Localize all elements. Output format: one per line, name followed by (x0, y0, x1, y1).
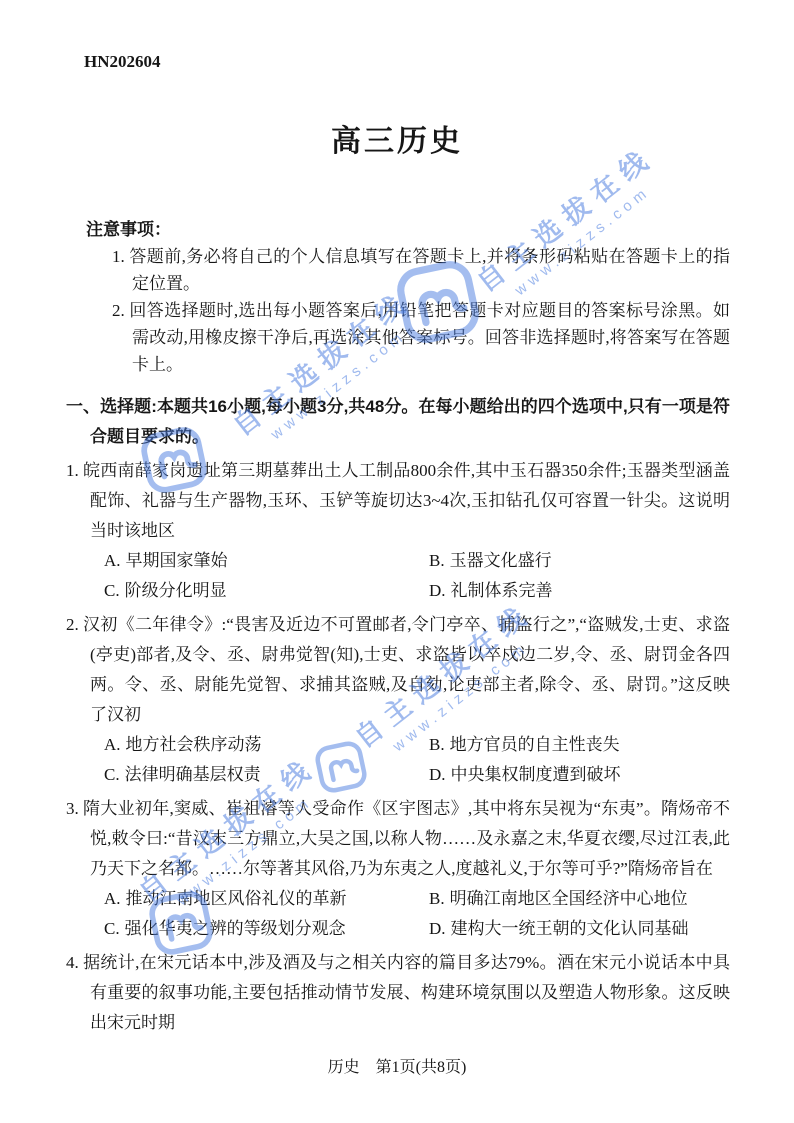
option-text: 建构大一统王朝的文化认同基础 (451, 919, 689, 938)
option-group: A.早期国家肇始 B.玉器文化盛行 C.阶级分化明显 D.礼制体系完善 (66, 546, 730, 606)
question-number: 4. (66, 953, 79, 972)
option-text: 玉器文化盛行 (450, 551, 552, 570)
option-d: D.建构大一统王朝的文化认同基础 (429, 914, 730, 944)
option-c: C.强化华夷之辨的等级划分观念 (104, 914, 429, 944)
option-a: A.地方社会秩序动荡 (104, 730, 429, 760)
question-stem: 1.皖西南薛家岗遗址第三期墓葬出土人工制品800余件,其中玉石器350余件;玉器… (66, 456, 730, 546)
question-text: 汉初《二年律令》:“畏害及近边不可置邮者,令门亭卒、捕盗行之”,“盗贼发,士吏、… (83, 615, 730, 724)
option-text: 地方社会秩序动荡 (126, 735, 262, 754)
option-label: A. (104, 889, 121, 908)
notice-section: 注意事项： 1. 答题前,务必将自己的个人信息填写在答题卡上,并将条形码粘贴在答… (86, 216, 730, 378)
option-text: 法律明确基层权责 (125, 765, 261, 784)
section-heading: 一、选择题:本题共16小题,每小题3分,共48分。在每小题给出的四个选项中,只有… (66, 392, 730, 452)
question-stem: 3.隋大业初年,窦威、崔祖濬等人受命作《区宇图志》,其中将东吴视为“东夷”。隋炀… (66, 794, 730, 884)
option-b: B.玉器文化盛行 (429, 546, 730, 576)
option-text: 中央集权制度遭到破坏 (451, 765, 621, 784)
option-label: B. (429, 551, 445, 570)
option-text: 强化华夷之辨的等级划分观念 (125, 919, 346, 938)
question-number: 1. (66, 461, 79, 480)
question-3: 3.隋大业初年,窦威、崔祖濬等人受命作《区宇图志》,其中将东吴视为“东夷”。隋炀… (66, 794, 730, 944)
option-text: 明确江南地区全国经济中心地位 (450, 889, 688, 908)
option-group: A.推动江南地区风俗礼仪的革新 B.明确江南地区全国经济中心地位 C.强化华夷之… (66, 884, 730, 944)
question-text: 据统计,在宋元话本中,涉及酒及与之相关内容的篇目多达79%。酒在宋元小说话本中具… (83, 953, 730, 1032)
question-text: 隋大业初年,窦威、崔祖濬等人受命作《区宇图志》,其中将东吴视为“东夷”。隋炀帝不… (83, 799, 730, 878)
option-b: B.地方官员的自主性丧失 (429, 730, 730, 760)
option-d: D.中央集权制度遭到破坏 (429, 760, 730, 790)
option-a: A.早期国家肇始 (104, 546, 429, 576)
option-text: 地方官员的自主性丧失 (450, 735, 620, 754)
option-label: B. (429, 735, 445, 754)
option-c: C.法律明确基层权责 (104, 760, 429, 790)
notice-item: 1. 答题前,务必将自己的个人信息填写在答题卡上,并将条形码粘贴在答题卡上的指定… (86, 243, 730, 297)
option-label: C. (104, 919, 120, 938)
option-label: C. (104, 765, 120, 784)
option-label: A. (104, 551, 121, 570)
option-c: C.阶级分化明显 (104, 576, 429, 606)
option-d: D.礼制体系完善 (429, 576, 730, 606)
option-label: B. (429, 889, 445, 908)
option-text: 推动江南地区风俗礼仪的革新 (126, 889, 347, 908)
question-number: 2. (66, 615, 79, 634)
option-text: 礼制体系完善 (451, 581, 553, 600)
option-group: A.地方社会秩序动荡 B.地方官员的自主性丧失 C.法律明确基层权责 D.中央集… (66, 730, 730, 790)
question-number: 3. (66, 799, 79, 818)
option-text: 阶级分化明显 (125, 581, 227, 600)
question-text: 皖西南薛家岗遗址第三期墓葬出土人工制品800余件,其中玉石器350余件;玉器类型… (83, 461, 730, 540)
option-b: B.明确江南地区全国经济中心地位 (429, 884, 730, 914)
question-1: 1.皖西南薛家岗遗址第三期墓葬出土人工制品800余件,其中玉石器350余件;玉器… (66, 456, 730, 606)
option-label: A. (104, 735, 121, 754)
question-2: 2.汉初《二年律令》:“畏害及近边不可置邮者,令门亭卒、捕盗行之”,“盗贼发,士… (66, 610, 730, 790)
question-stem: 2.汉初《二年律令》:“畏害及近边不可置邮者,令门亭卒、捕盗行之”,“盗贼发,士… (66, 610, 730, 730)
exam-page: HN202604 高三历史 注意事项： 1. 答题前,务必将自己的个人信息填写在… (0, 0, 794, 1077)
page-footer: 历史 第1页(共8页) (0, 1054, 794, 1077)
paper-code: HN202604 (84, 52, 794, 72)
option-label: C. (104, 581, 120, 600)
option-label: D. (429, 919, 446, 938)
option-label: D. (429, 581, 446, 600)
option-text: 早期国家肇始 (126, 551, 228, 570)
page-title: 高三历史 (0, 116, 794, 160)
question-stem: 4.据统计,在宋元话本中,涉及酒及与之相关内容的篇目多达79%。酒在宋元小说话本… (66, 948, 730, 1038)
notice-item: 2. 回答选择题时,选出每小题答案后,用铅笔把答题卡对应题目的答案标号涂黑。如需… (86, 297, 730, 378)
notice-heading: 注意事项： (86, 216, 730, 243)
option-a: A.推动江南地区风俗礼仪的革新 (104, 884, 429, 914)
question-4: 4.据统计,在宋元话本中,涉及酒及与之相关内容的篇目多达79%。酒在宋元小说话本… (66, 948, 730, 1038)
option-label: D. (429, 765, 446, 784)
